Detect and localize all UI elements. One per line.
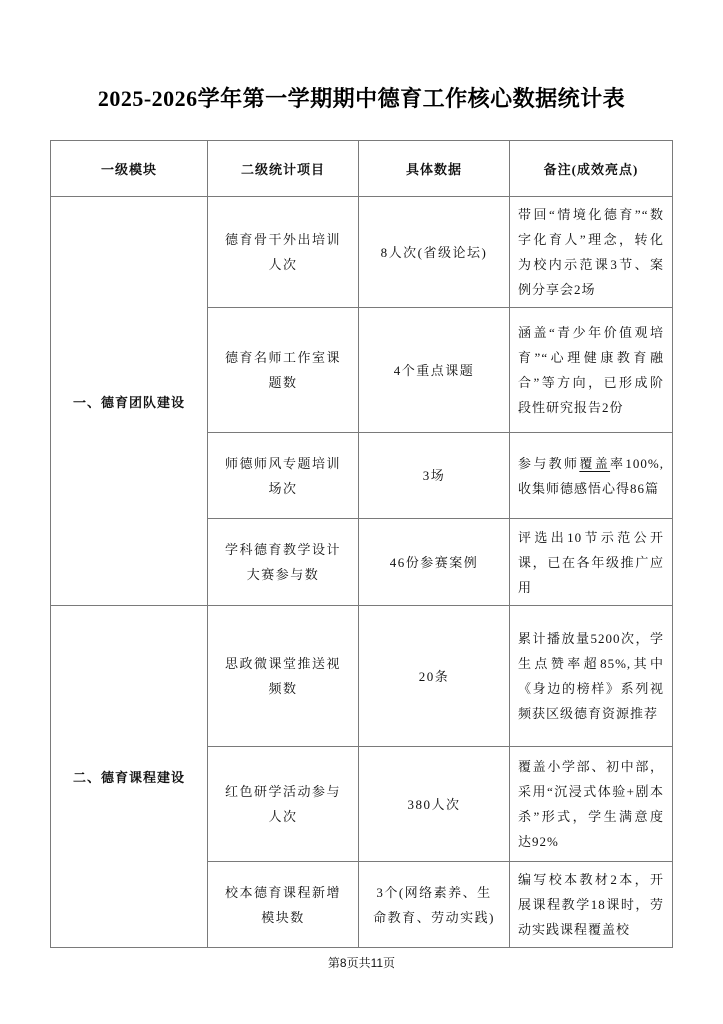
remark-text: 评选出10节示范公开课，已在各年级推广应用 — [518, 530, 664, 595]
underlined-text: 覆盖 — [579, 456, 610, 471]
remark-text: 参与教师 — [518, 456, 579, 471]
item-cell: 学科德育教学设计大赛参与数 — [208, 519, 359, 606]
remark-text: 涵盖“青少年价值观培育”“心理健康教育融合”等方向，已形成阶段性研究报告2份 — [518, 325, 664, 415]
module-name-cell: 二、德育课程建设 — [51, 606, 208, 948]
remark-cell: 涵盖“青少年价值观培育”“心理健康教育融合”等方向，已形成阶段性研究报告2份 — [510, 308, 673, 433]
remark-cell: 带回“情境化德育”“数字化育人”理念，转化为校内示范课3节、案例分享会2场 — [510, 197, 673, 308]
column-header-data: 具体数据 — [359, 141, 510, 197]
document-title: 2025-2026学年第一学期期中德育工作核心数据统计表 — [0, 0, 723, 114]
remark-cell: 参与教师覆盖率100%,收集师德感悟心得86篇 — [510, 433, 673, 519]
remark-text: 带回“情境化德育”“数字化育人”理念，转化为校内示范课3节、案例分享会2场 — [518, 207, 664, 297]
data-cell: 8人次(省级论坛) — [359, 197, 510, 308]
page-footer: 第8页共11页 — [0, 954, 723, 971]
column-header-module: 一级模块 — [51, 141, 208, 197]
data-cell: 20条 — [359, 606, 510, 747]
remark-cell: 覆盖小学部、初中部，采用“沉浸式体验+剧本杀”形式，学生满意度达92% — [510, 747, 673, 862]
column-header-remark: 备注(成效亮点) — [510, 141, 673, 197]
item-cell: 德育名师工作室课题数 — [208, 308, 359, 433]
stats-table: 一级模块 二级统计项目 具体数据 备注(成效亮点) 一、德育团队建设德育骨干外出… — [50, 140, 673, 948]
remark-text: 编写校本教材2本，开展课程教学18课时，劳动实践课程覆盖校 — [518, 872, 664, 937]
header-row: 一级模块 二级统计项目 具体数据 备注(成效亮点) — [51, 141, 673, 197]
remark-cell: 评选出10节示范公开课，已在各年级推广应用 — [510, 519, 673, 606]
item-cell: 校本德育课程新增模块数 — [208, 862, 359, 948]
column-header-item: 二级统计项目 — [208, 141, 359, 197]
remark-cell: 编写校本教材2本，开展课程教学18课时，劳动实践课程覆盖校 — [510, 862, 673, 948]
document-page: 2025-2026学年第一学期期中德育工作核心数据统计表 一级模块 二级统计项目… — [0, 0, 723, 1024]
item-cell: 德育骨干外出培训人次 — [208, 197, 359, 308]
data-cell: 380人次 — [359, 747, 510, 862]
remark-text: 累计播放量5200次，学生点赞率超85%,其中《身边的榜样》系列视频获区级德育资… — [518, 631, 664, 721]
table-row: 二、德育课程建设思政微课堂推送视频数20条累计播放量5200次，学生点赞率超85… — [51, 606, 673, 747]
module-name-cell: 一、德育团队建设 — [51, 197, 208, 606]
remark-cell: 累计播放量5200次，学生点赞率超85%,其中《身边的榜样》系列视频获区级德育资… — [510, 606, 673, 747]
remark-text: 覆盖小学部、初中部，采用“沉浸式体验+剧本杀”形式，学生满意度达92% — [518, 759, 664, 849]
table-row: 一、德育团队建设德育骨干外出培训人次8人次(省级论坛)带回“情境化德育”“数字化… — [51, 197, 673, 308]
data-cell: 3场 — [359, 433, 510, 519]
item-cell: 师德师风专题培训场次 — [208, 433, 359, 519]
item-cell: 红色研学活动参与人次 — [208, 747, 359, 862]
data-cell: 3个(网络素养、生命教育、劳动实践) — [359, 862, 510, 948]
data-cell: 4个重点课题 — [359, 308, 510, 433]
item-cell: 思政微课堂推送视频数 — [208, 606, 359, 747]
data-cell: 46份参赛案例 — [359, 519, 510, 606]
